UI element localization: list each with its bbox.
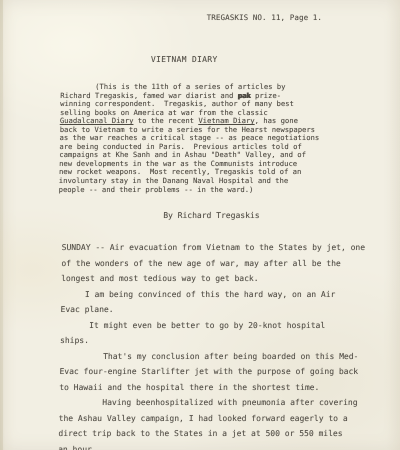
body-line: ships. — [60, 333, 364, 349]
body-line: an hour. — [58, 442, 362, 450]
body-line: Evac four-engine Starlifter jet with the… — [59, 364, 363, 380]
book-title-guadalcanal-diary: Guadalcanal Diary — [60, 116, 134, 125]
intro-line5-post: , has gone — [255, 116, 298, 125]
editorial-intro-note: (This is the 11th of a series of article… — [59, 83, 321, 194]
body-line: of the wonders of the new age of war, ma… — [61, 256, 365, 272]
body-line: Evac plane. — [60, 302, 364, 318]
intro-line: people -- and their problems -- in the w… — [59, 186, 319, 195]
typed-content: TREGASKIS NO. 11, Page 1. VIETNAM DIARY … — [0, 0, 400, 450]
typewritten-page: TREGASKIS NO. 11, Page 1. VIETNAM DIARY … — [0, 0, 400, 450]
article-body: SUNDAY -- Air evacuation from Vietnam to… — [58, 240, 365, 450]
byline: By Richard Tregaskis — [163, 211, 259, 220]
body-line: direct trip back to the States in a jet … — [58, 426, 362, 442]
body-line: That's my conclusion after being boarded… — [60, 349, 364, 365]
document-title: VIETNAM DIARY — [151, 55, 218, 64]
body-line: SUNDAY -- Air evacuation from Vietnam to… — [62, 240, 366, 256]
body-line: to Hawaii and the hospital there in the … — [59, 380, 363, 396]
intro-line5-mid: to the recent — [133, 116, 198, 125]
body-line: I am being convinced of this the hard wa… — [61, 287, 365, 303]
body-line: the Ashau Valley campaign, I had looked … — [59, 411, 363, 427]
page-header: TREGASKIS NO. 11, Page 1. — [207, 13, 323, 22]
body-line: Having beenhospitalized with pneumonia a… — [59, 395, 363, 411]
book-title-vietnam-diary: Vietnam Diary — [198, 116, 254, 125]
body-line: It might even be better to go by 20-knot… — [60, 318, 364, 334]
body-line: longest and most tedious way to get back… — [61, 271, 365, 287]
